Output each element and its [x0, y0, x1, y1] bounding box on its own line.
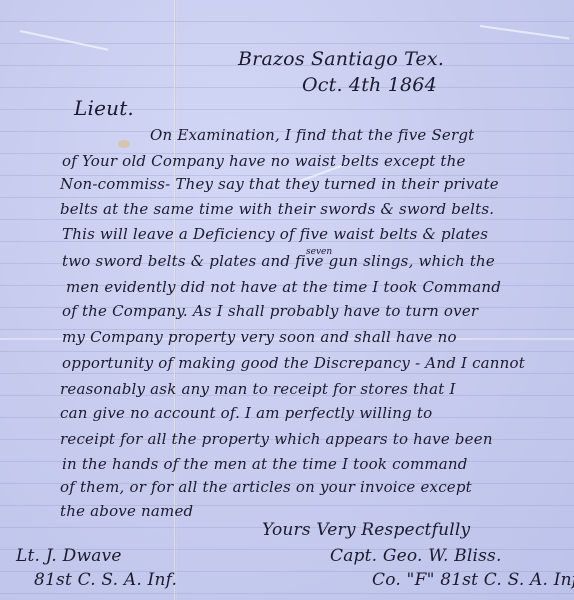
signature: Capt. Geo. W. Bliss. — [330, 546, 502, 566]
body-line: of the Company. As I shall probably have… — [62, 302, 478, 320]
body-line: receipt for all the property which appea… — [60, 430, 493, 448]
body-line: Non-commiss- They say that they turned i… — [60, 175, 499, 193]
body-line: of Your old Company have no waist belts … — [62, 152, 466, 170]
body-line: opportunity of making good the Discrepan… — [62, 354, 525, 372]
body-line: men evidently did not have at the time I… — [66, 278, 501, 296]
closing: Yours Very Respectfully — [262, 520, 470, 540]
body-line: my Company property very soon and shall … — [62, 328, 457, 346]
letter-place: Brazos Santiago Tex. — [238, 48, 444, 70]
body-line: the above named — [60, 502, 193, 520]
addressee-unit: 81st C. S. A. Inf. — [34, 570, 177, 590]
body-line: can give no account of. I am perfectly w… — [60, 404, 432, 422]
body-line: This will leave a Deficiency of five wai… — [62, 225, 488, 243]
salutation: Lieut. — [74, 96, 134, 120]
body-line: two sword belts & plates and five gun sl… — [62, 252, 495, 270]
paper-crease — [480, 25, 569, 40]
body-line: reasonably ask any man to receipt for st… — [60, 380, 456, 398]
paper-crease — [20, 30, 108, 51]
addressee-name: Lt. J. Dwave — [16, 546, 122, 566]
paper-stain — [118, 140, 130, 148]
body-line: of them, or for all the articles on your… — [60, 478, 472, 496]
letter-page: Brazos Santiago Tex. Oct. 4th 1864 Lieut… — [0, 0, 574, 600]
signature-unit: Co. "F" 81st C. S. A. Inf. — [372, 570, 574, 590]
letter-date: Oct. 4th 1864 — [302, 74, 437, 96]
body-line: in the hands of the men at the time I to… — [62, 455, 468, 473]
body-line: On Examination, I find that the five Ser… — [150, 126, 474, 144]
body-line: belts at the same time with their swords… — [60, 200, 494, 218]
